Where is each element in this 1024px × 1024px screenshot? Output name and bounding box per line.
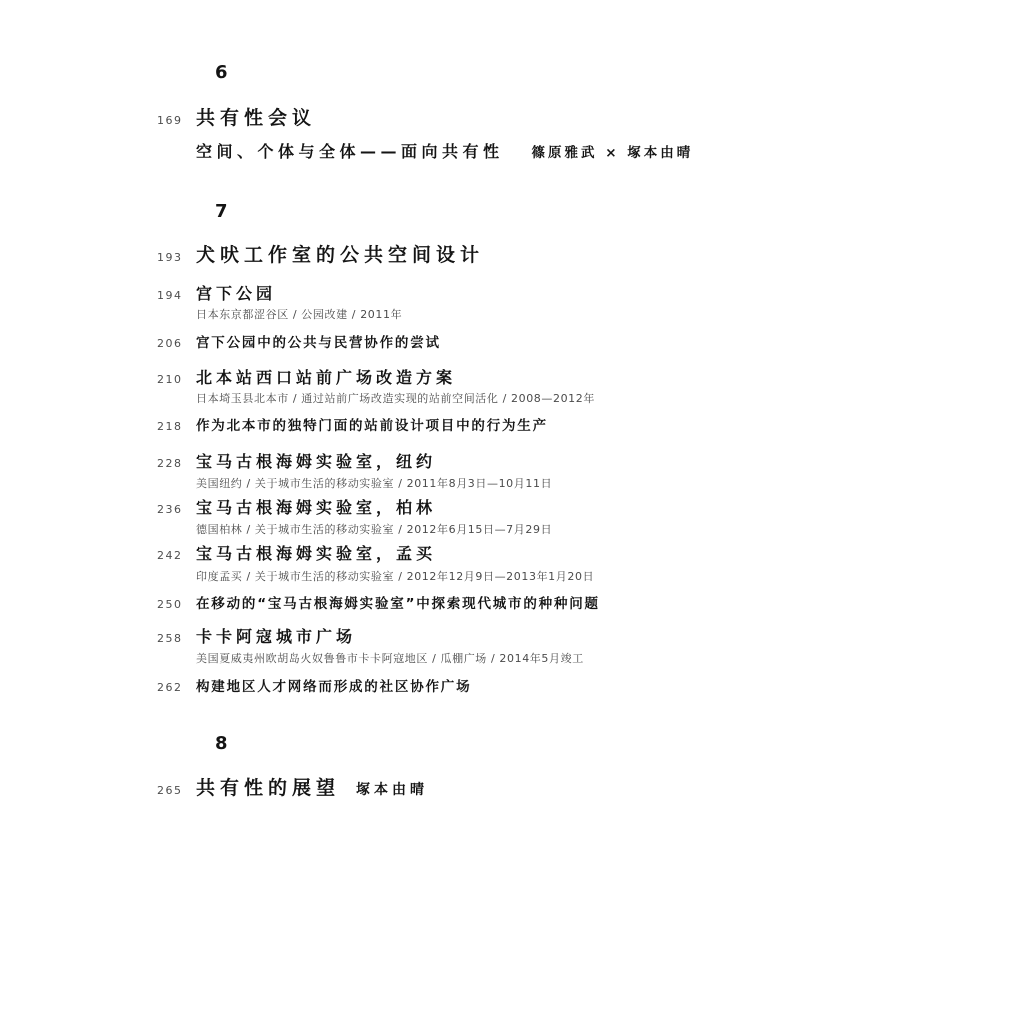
page-number: 242 bbox=[157, 549, 196, 562]
page-number: 210 bbox=[157, 373, 196, 386]
page-number: 228 bbox=[157, 457, 196, 470]
entry-caption: 美国夏威夷州欧胡岛火奴鲁鲁市卡卡阿寇地区 / 瓜棚广场 / 2014年5月竣工 bbox=[196, 650, 584, 666]
entry-caption: 日本东京都涩谷区 / 公园改建 / 2011年 bbox=[196, 306, 402, 322]
entry-caption: 印度孟买 / 关于城市生活的移动实验室 / 2012年12月9日—2013年1月… bbox=[196, 568, 594, 584]
toc-entry-258: 258 卡卡阿寇城市广场 bbox=[157, 624, 356, 647]
section-number-8: 8 bbox=[215, 733, 229, 754]
entry-title: 在移动的“宝马古根海姆实验室”中探索现代城市的种种问题 bbox=[196, 592, 600, 612]
page-number: 193 bbox=[157, 251, 196, 264]
entry-title: 宝马古根海姆实验室，孟买 bbox=[196, 541, 436, 564]
entry-author: 塚本由晴 bbox=[356, 779, 428, 799]
page-number: 262 bbox=[157, 681, 196, 694]
toc-entry-194: 194 宫下公园 bbox=[157, 281, 276, 304]
entry-title: 宝马古根海姆实验室，柏林 bbox=[196, 495, 436, 518]
entry-title: 犬吠工作室的公共空间设计 bbox=[196, 240, 484, 267]
toc-entry-242: 242 宝马古根海姆实验室，孟买 bbox=[157, 541, 436, 564]
section-number-7: 7 bbox=[215, 201, 229, 222]
page-number: 169 bbox=[157, 114, 196, 127]
entry-title: 卡卡阿寇城市广场 bbox=[196, 624, 356, 647]
toc-entry-236: 236 宝马古根海姆实验室，柏林 bbox=[157, 495, 436, 518]
toc-entry-210: 210 北本站西口站前广场改造方案 bbox=[157, 365, 456, 388]
entry-title: 构建地区人才网络而形成的社区协作广场 bbox=[196, 675, 471, 695]
toc-entry-193: 193 犬吠工作室的公共空间设计 bbox=[157, 240, 484, 267]
entry-caption: 德国柏林 / 关于城市生活的移动实验室 / 2012年6月15日—7月29日 bbox=[196, 521, 552, 537]
entry-title: 宫下公园中的公共与民营协作的尝试 bbox=[196, 331, 441, 351]
entry-caption: 日本埼玉县北本市 / 通过站前广场改造实现的站前空间活化 / 2008—2012… bbox=[196, 390, 595, 406]
toc-entry-228: 228 宝马古根海姆实验室，纽约 bbox=[157, 449, 436, 472]
page-number: 250 bbox=[157, 598, 196, 611]
page-number: 258 bbox=[157, 632, 196, 645]
page-number: 194 bbox=[157, 289, 196, 302]
toc-entry-250: 250 在移动的“宝马古根海姆实验室”中探索现代城市的种种问题 bbox=[157, 592, 600, 612]
toc-entry-subtitle: 空间、个体与全体——面向共有性 篠原雅武 × 塚本由晴 bbox=[157, 139, 693, 162]
section-number-6: 6 bbox=[215, 62, 229, 83]
toc-entry-218: 218 作为北本市的独特门面的站前设计项目中的行为生产 bbox=[157, 414, 548, 434]
toc-entry-265: 265 共有性的展望 塚本由晴 bbox=[157, 773, 428, 800]
entry-caption: 美国纽约 / 关于城市生活的移动实验室 / 2011年8月3日—10月11日 bbox=[196, 475, 552, 491]
toc-page: 6 169 共有性会议 空间、个体与全体——面向共有性 篠原雅武 × 塚本由晴 … bbox=[0, 0, 1024, 1024]
toc-entry-169: 169 共有性会议 bbox=[157, 103, 316, 130]
page-number: 265 bbox=[157, 784, 196, 797]
page-number: 236 bbox=[157, 503, 196, 516]
toc-entry-262: 262 构建地区人才网络而形成的社区协作广场 bbox=[157, 675, 471, 695]
toc-entry-206: 206 宫下公园中的公共与民营协作的尝试 bbox=[157, 331, 441, 351]
entry-title: 共有性的展望 bbox=[196, 773, 340, 800]
entry-title: 北本站西口站前广场改造方案 bbox=[196, 365, 456, 388]
entry-title: 宝马古根海姆实验室，纽约 bbox=[196, 449, 436, 472]
entry-title: 作为北本市的独特门面的站前设计项目中的行为生产 bbox=[196, 414, 548, 434]
page-number: 218 bbox=[157, 420, 196, 433]
entry-title: 宫下公园 bbox=[196, 281, 276, 304]
entry-title: 空间、个体与全体——面向共有性 bbox=[196, 139, 504, 162]
page-number: 206 bbox=[157, 337, 196, 350]
entry-author: 篠原雅武 × 塚本由晴 bbox=[532, 141, 694, 161]
entry-title: 共有性会议 bbox=[196, 103, 316, 130]
